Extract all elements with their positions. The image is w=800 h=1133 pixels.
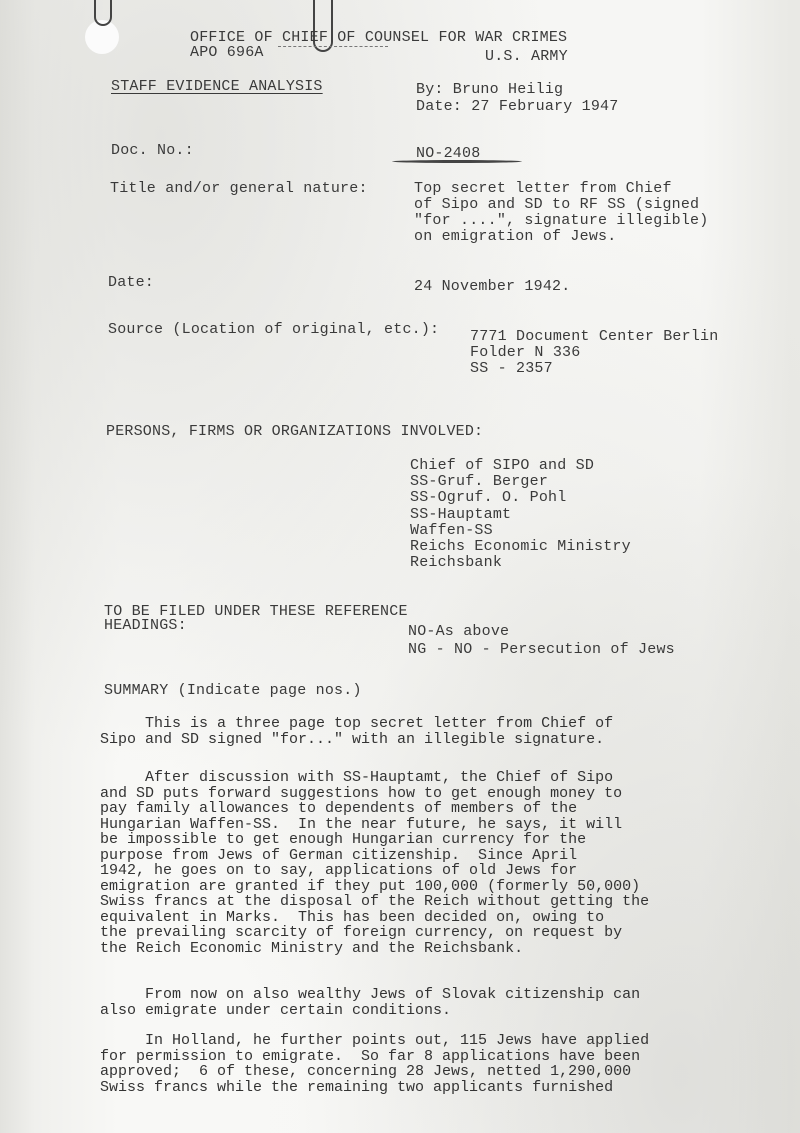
summary-line: be impossible to get enough Hungarian cu…: [100, 832, 649, 848]
paper-clip-left: [94, 0, 112, 26]
source-line: Folder N 336: [470, 345, 718, 361]
analysis-date: Date: 27 February 1947: [416, 99, 618, 115]
title-nature-label: Title and/or general nature:: [110, 181, 368, 197]
summary-line: the Reich Economic Ministry and the Reic…: [100, 941, 649, 957]
source-line: 7771 Document Center Berlin: [470, 329, 718, 345]
analyst-name: By: Bruno Heilig: [416, 82, 563, 98]
title-nature-line: on emigration of Jews.: [414, 229, 708, 245]
document-page: OFFICE OF CHIEF OF COUNSEL FOR WAR CRIME…: [0, 0, 800, 1133]
list-item: SS-Hauptamt: [410, 507, 631, 523]
summary-line: the prevailing scarcity of foreign curre…: [100, 925, 649, 941]
persons-list: Chief of SIPO and SD SS-Gruf. Berger SS-…: [410, 458, 631, 571]
title-nature-line: Top secret letter from Chief: [414, 181, 708, 197]
reference-item: NG - NO - Persecution of Jews: [408, 642, 675, 658]
summary-line: and SD puts forward suggestions how to g…: [100, 786, 649, 802]
summary-line: 1942, he goes on to say, applications of…: [100, 863, 649, 879]
summary-line: Swiss francs at the disposal of the Reic…: [100, 894, 649, 910]
doc-no-underline: [392, 160, 522, 163]
summary-label: SUMMARY (Indicate page nos.): [104, 683, 362, 699]
summary-line: approved; 6 of these, concerning 28 Jews…: [100, 1064, 649, 1080]
list-item: SS-Gruf. Berger: [410, 474, 631, 490]
reference-item: NO-As above: [408, 624, 509, 640]
summary-paragraph: From now on also wealthy Jews of Slovak …: [100, 987, 640, 1018]
reference-label-line2: HEADINGS:: [104, 618, 187, 634]
office-heading-rule: [278, 46, 388, 47]
source-line: SS - 2357: [470, 361, 718, 377]
persons-label: PERSONS, FIRMS OR ORGANIZATIONS INVOLVED…: [106, 424, 483, 440]
summary-line: purpose from Jews of German citizenship.…: [100, 848, 649, 864]
summary-line: Hungarian Waffen-SS. In the near future,…: [100, 817, 649, 833]
summary-line: After discussion with SS-Hauptamt, the C…: [100, 770, 649, 786]
title-nature-value: Top secret letter from Chief of Sipo and…: [414, 181, 708, 245]
doc-no-label: Doc. No.:: [111, 143, 194, 159]
summary-line: for permission to emigrate. So far 8 app…: [100, 1049, 649, 1065]
title-nature-line: of Sipo and SD to RF SS (signed: [414, 197, 708, 213]
summary-line: Swiss francs while the remaining two app…: [100, 1080, 649, 1096]
summary-paragraph: This is a three page top secret letter f…: [100, 716, 613, 747]
date-value: 24 November 1942.: [414, 279, 570, 295]
army-label: U.S. ARMY: [485, 49, 568, 65]
summary-line: pay family allowances to dependents of m…: [100, 801, 649, 817]
summary-line: Sipo and SD signed "for..." with an ille…: [100, 732, 613, 748]
title-nature-line: "for ....", signature illegible): [414, 213, 708, 229]
apo-number: APO 696A: [190, 45, 264, 61]
summary-line: also emigrate under certain conditions.: [100, 1003, 640, 1019]
list-item: Reichsbank: [410, 555, 631, 571]
list-item: Chief of SIPO and SD: [410, 458, 631, 474]
date-label: Date:: [108, 275, 154, 291]
source-label: Source (Location of original, etc.):: [108, 322, 439, 338]
summary-line: emigration are granted if they put 100,0…: [100, 879, 649, 895]
list-item: Reichs Economic Ministry: [410, 539, 631, 555]
summary-line: equivalent in Marks. This has been decid…: [100, 910, 649, 926]
summary-line: In Holland, he further points out, 115 J…: [100, 1033, 649, 1049]
list-item: Waffen-SS: [410, 523, 631, 539]
list-item: SS-Ogruf. O. Pohl: [410, 490, 631, 506]
summary-line: From now on also wealthy Jews of Slovak …: [100, 987, 640, 1003]
summary-paragraph: After discussion with SS-Hauptamt, the C…: [100, 770, 649, 956]
summary-paragraph: In Holland, he further points out, 115 J…: [100, 1033, 649, 1095]
source-value: 7771 Document Center Berlin Folder N 336…: [470, 329, 718, 377]
summary-line: This is a three page top secret letter f…: [100, 716, 613, 732]
staff-evidence-analysis-title: STAFF EVIDENCE ANALYSIS: [111, 79, 323, 95]
